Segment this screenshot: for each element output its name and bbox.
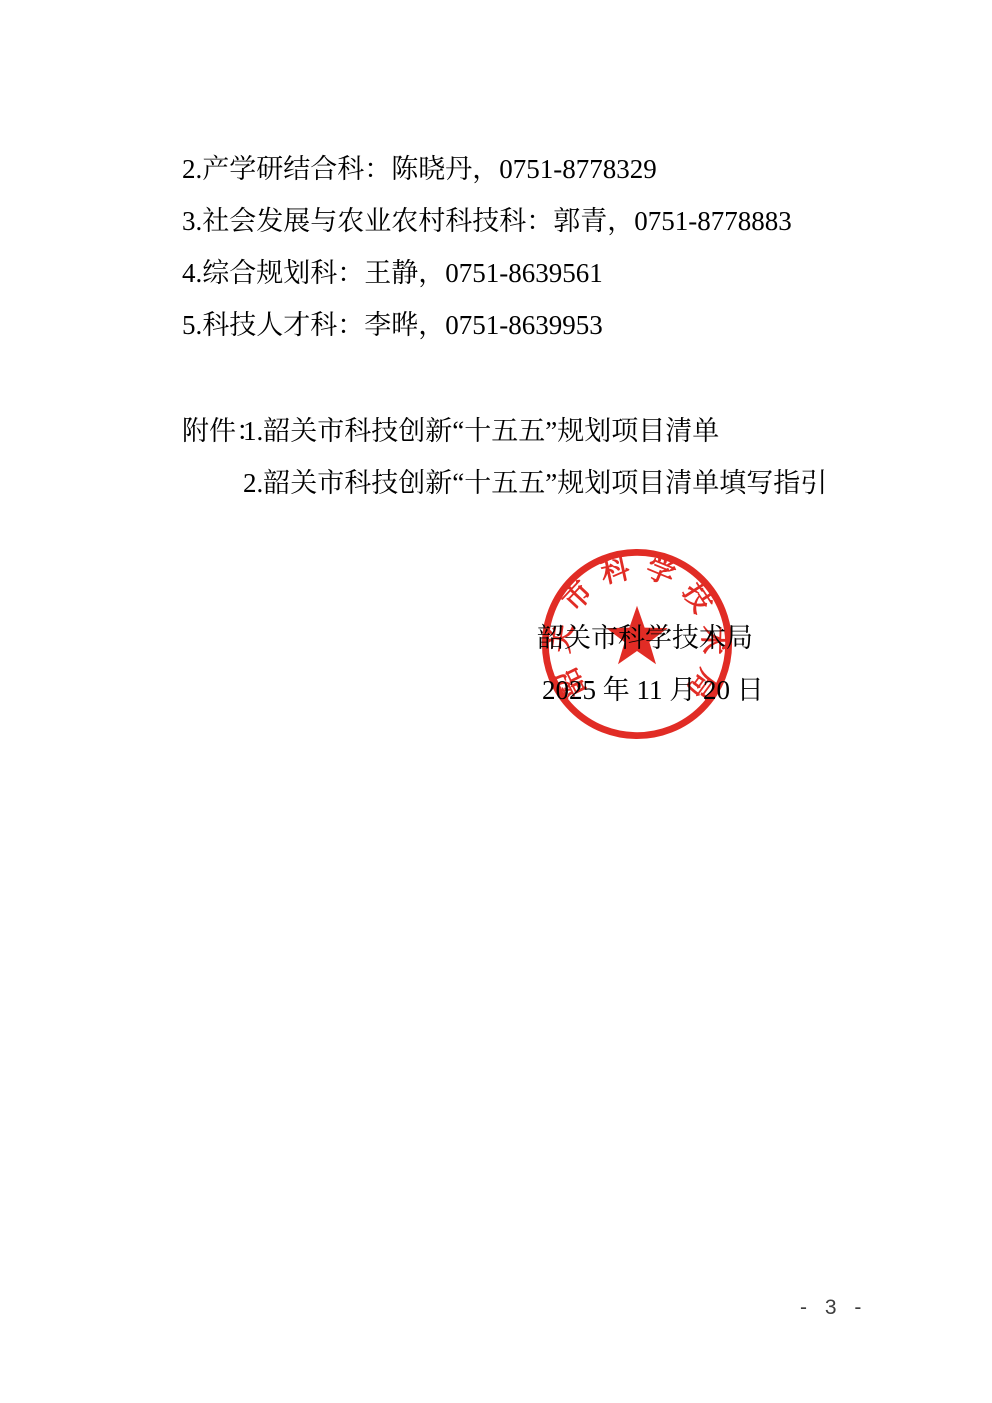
seal-star-icon <box>606 606 668 665</box>
contact-item: 2.产学研结合科：陈晓丹，0751-8778329 <box>182 143 792 195</box>
official-seal: 韶关市科学技术局 <box>539 546 735 742</box>
attachment-item: 2.韶关市科技创新“十五五”规划项目清单填写指引 <box>243 457 827 509</box>
attachment-item: 1.韶关市科技创新“十五五”规划项目清单 <box>243 405 827 457</box>
document-page: 2.产学研结合科：陈晓丹，0751-8778329 3.社会发展与农业农村科技科… <box>0 0 992 1403</box>
contact-item: 5.科技人才科：李晔，0751-8639953 <box>182 299 792 351</box>
contact-item: 3.社会发展与农业农村科技科：郭青，0751-8778883 <box>182 195 792 247</box>
attachments-list: 1.韶关市科技创新“十五五”规划项目清单 2.韶关市科技创新“十五五”规划项目清… <box>243 405 827 509</box>
page-number: - 3 - <box>800 1296 867 1320</box>
contact-list: 2.产学研结合科：陈晓丹，0751-8778329 3.社会发展与农业农村科技科… <box>182 143 792 351</box>
contact-item: 4.综合规划科：王静，0751-8639561 <box>182 247 792 299</box>
